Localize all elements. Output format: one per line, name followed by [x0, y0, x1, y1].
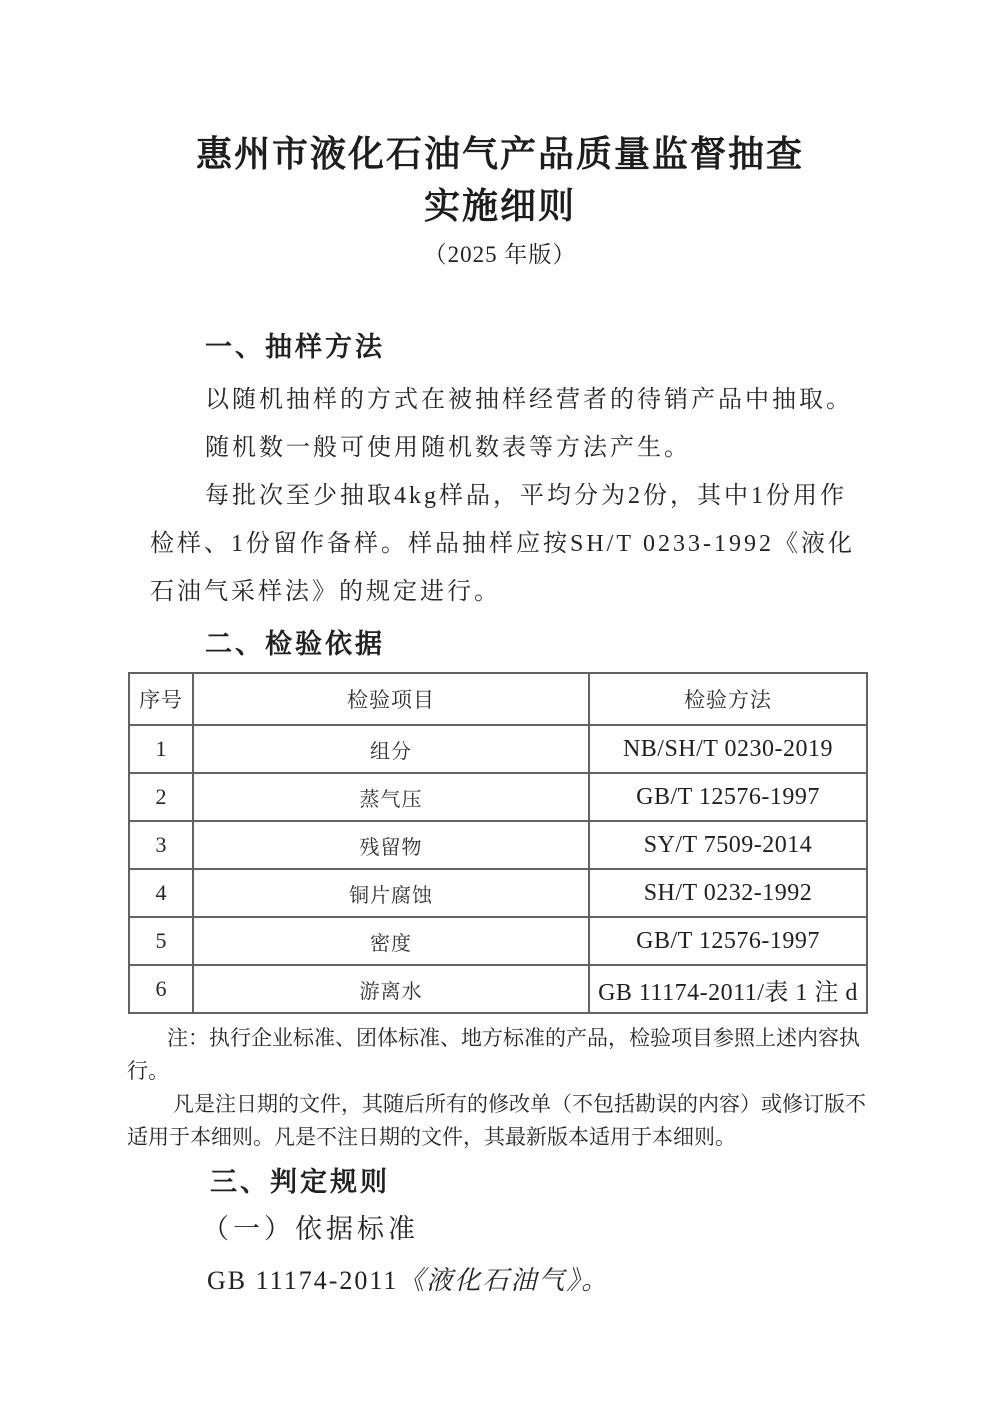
table-notes: 注：执行企业标准、团体标准、地方标准的产品，检验项目参照上述内容执 行。 凡是注… [127, 1022, 1000, 1154]
cell-method: NB/SH/T 0230-2019 [589, 725, 867, 773]
note-line-3: 凡是注日期的文件，其随后所有的修改单（不包括勘误的内容）或修订版不 [127, 1088, 1000, 1121]
cell-no: 2 [129, 773, 193, 821]
body-line-3: 每批次至少抽取4kg样品，平均分为2份，其中1份用作 [150, 472, 1000, 520]
standard-code: GB 11174-2011 [207, 1266, 398, 1295]
cell-item: 蒸气压 [193, 773, 589, 821]
cell-item: 游离水 [193, 965, 589, 1013]
cell-method: SH/T 0232-1992 [589, 869, 867, 917]
edition-label: （2025 年版） [0, 240, 1000, 270]
sampling-method-paragraphs: 以随机抽样的方式在被抽样经营者的待销产品中抽取。 随机数一般可使用随机数表等方法… [150, 376, 1000, 616]
table-row: 5 密度 GB/T 12576-1997 [129, 917, 867, 965]
inspection-table: 序号 检验项目 检验方法 1 组分 NB/SH/T 0230-2019 2 蒸气… [128, 672, 868, 1014]
section-heading-sampling-method: 一、抽样方法 [205, 332, 1000, 362]
note-line-4: 适用于本细则。凡是不注日期的文件，其最新版本适用于本细则。 [127, 1121, 1000, 1154]
section-heading-inspection-basis: 二、检验依据 [205, 628, 1000, 660]
note-line-1: 注：执行企业标准、团体标准、地方标准的产品，检验项目参照上述内容执 [127, 1022, 1000, 1055]
cell-no: 3 [129, 821, 193, 869]
cell-method: GB 11174-2011/表 1 注 d [589, 965, 867, 1013]
body-line-1: 以随机抽样的方式在被抽样经营者的待销产品中抽取。 [150, 376, 1000, 424]
cell-method: GB/T 12576-1997 [589, 773, 867, 821]
cell-no: 6 [129, 965, 193, 1013]
table-row: 4 铜片腐蚀 SH/T 0232-1992 [129, 869, 867, 917]
table-row: 2 蒸气压 GB/T 12576-1997 [129, 773, 867, 821]
table-header-method: 检验方法 [589, 673, 867, 725]
doc-title-line2: 实施细则 [0, 180, 1000, 232]
cell-item: 组分 [193, 725, 589, 773]
doc-title-line1: 惠州市液化石油气产品质量监督抽查 [0, 128, 1000, 180]
note-line-2: 行。 [127, 1055, 1000, 1088]
document-page: 惠州市液化石油气产品质量监督抽查 实施细则 （2025 年版） 一、抽样方法 以… [0, 0, 1000, 1414]
cell-item: 铜片腐蚀 [193, 869, 589, 917]
table-header-row: 序号 检验项目 检验方法 [129, 673, 867, 725]
standard-title: 《液化石油气》。 [398, 1266, 609, 1295]
sub-heading-basis-standard: （一）依据标准 [202, 1214, 1000, 1244]
cell-method: SY/T 7509-2014 [589, 821, 867, 869]
body-line-5: 石油气采样法》的规定进行。 [150, 568, 1000, 616]
cell-method: GB/T 12576-1997 [589, 917, 867, 965]
table-header-item: 检验项目 [193, 673, 589, 725]
cell-item: 残留物 [193, 821, 589, 869]
body-line-4: 检样、1份留作备样。样品抽样应按SH/T 0233-1992《液化 [150, 520, 1000, 568]
standard-reference: GB 11174-2011《液化石油气》。 [207, 1264, 1000, 1298]
body-line-2: 随机数一般可使用随机数表等方法产生。 [150, 424, 1000, 472]
table-row: 1 组分 NB/SH/T 0230-2019 [129, 725, 867, 773]
cell-no: 1 [129, 725, 193, 773]
cell-item: 密度 [193, 917, 589, 965]
cell-no: 5 [129, 917, 193, 965]
cell-no: 4 [129, 869, 193, 917]
table-header-no: 序号 [129, 673, 193, 725]
section-heading-judgment-rules: 三、判定规则 [210, 1166, 1000, 1198]
table-row: 3 残留物 SY/T 7509-2014 [129, 821, 867, 869]
table-row: 6 游离水 GB 11174-2011/表 1 注 d [129, 965, 867, 1013]
